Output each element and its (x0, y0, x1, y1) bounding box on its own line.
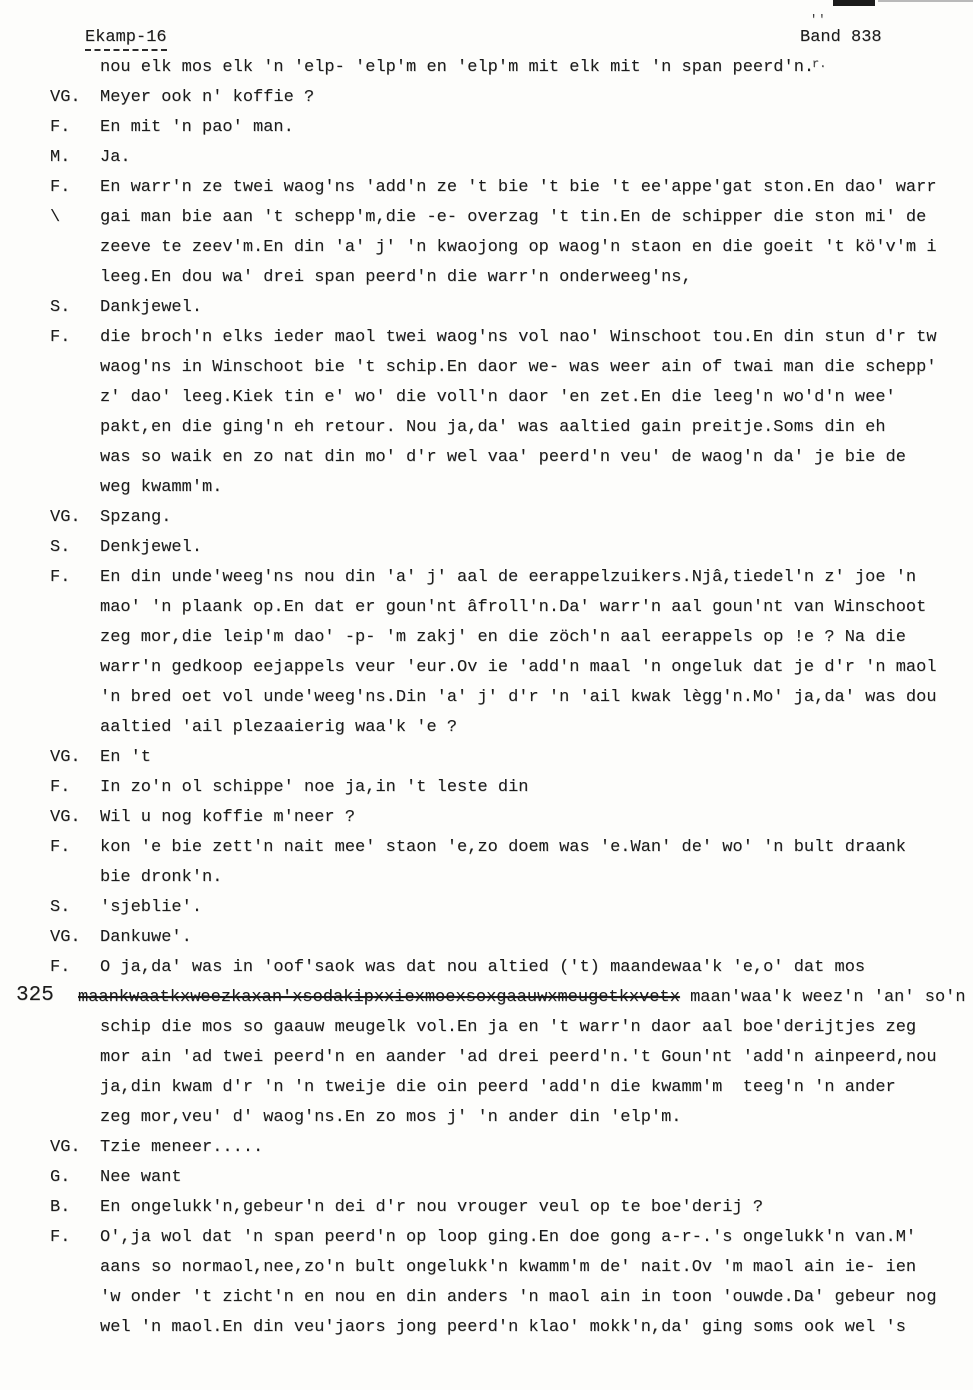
line-text: waog'ns in Winschoot bie 't schip.En dao… (100, 353, 973, 383)
speaker-label (50, 53, 100, 83)
transcript-line: mao' 'n plaank op.En dat er goun'nt âfro… (0, 593, 973, 623)
line-text: Ja. (100, 143, 973, 173)
transcript-line: warr'n gedkoop eejappels veur 'eur.Ov ie… (0, 653, 973, 683)
transcript-line: VG.Tzie meneer..... (0, 1133, 973, 1163)
speaker-label: F. (50, 953, 100, 983)
line-text: En mit 'n pao' man. (100, 113, 973, 143)
speaker-label: G. (50, 1163, 100, 1193)
line-text: Wil u nog koffie m'neer ? (100, 803, 973, 833)
transcript-line: aans so normaol,nee,zo'n bult ongelukk'n… (0, 1253, 973, 1283)
transcript-line: nou elk mos elk 'n 'elp- 'elp'm en 'elp'… (0, 53, 973, 83)
speaker-label: F. (50, 323, 100, 353)
speaker-label (50, 233, 100, 263)
transcript-line: VG.Dankuwe'. (0, 923, 973, 953)
line-text: zeeve te zeev'm.En din 'a' j' 'n kwaojon… (100, 233, 973, 263)
transcript-body: nou elk mos elk 'n 'elp- 'elp'm en 'elp'… (0, 53, 973, 1343)
transcript-line: aaltied 'ail plezaaierig waa'k 'e ? (0, 713, 973, 743)
transcript-line: F.kon 'e bie zett'n nait mee' staon 'e,z… (0, 833, 973, 863)
line-text: Denkjewel. (100, 533, 973, 563)
transcript-line: VG.En 't (0, 743, 973, 773)
line-text: O ja,da' was in 'oof'saok was dat nou al… (100, 953, 973, 983)
speaker-label (50, 1043, 100, 1073)
speaker-label (50, 1253, 100, 1283)
transcript-line: F.die broch'n elks ieder maol twei waog'… (0, 323, 973, 353)
line-text: die broch'n elks ieder maol twei waog'ns… (100, 323, 973, 353)
speaker-label (50, 1073, 100, 1103)
speaker-label (50, 593, 100, 623)
transcript-line: S.Dankjewel. (0, 293, 973, 323)
transcript-line: F.O',ja wol dat 'n span peerd'n op loop … (0, 1223, 973, 1253)
speaker-label: F. (50, 113, 100, 143)
speaker-label: S. (50, 893, 100, 923)
speaker-label: S. (50, 533, 100, 563)
line-text: Tzie meneer..... (100, 1133, 973, 1163)
line-text: Dankuwe'. (100, 923, 973, 953)
line-text: Meyer ook n' koffie ? (100, 83, 973, 113)
speaker-label: VG. (50, 923, 100, 953)
line-text: zeg mor,veu' d' waog'ns.En zo mos j' 'n … (100, 1103, 973, 1133)
line-text: nou elk mos elk 'n 'elp- 'elp'm en 'elp'… (100, 53, 973, 83)
line-text: aans so normaol,nee,zo'n bult ongelukk'n… (100, 1253, 973, 1283)
struck-out-text: maankwaatkxweezkaxan'xsodakipxxiexmoexso… (78, 988, 680, 1007)
line-text: leeg.En dou wa' drei span peerd'n die wa… (100, 263, 973, 293)
transcript-line: pakt,en die ging'n eh retour. Nou ja,da'… (0, 413, 973, 443)
line-text: ja,din kwam d'r 'n 'n tweije die oin pee… (100, 1073, 973, 1103)
page-title: Ekamp-16 (85, 28, 167, 51)
line-text: En warr'n ze twei waog'ns 'add'n ze 't b… (100, 173, 973, 203)
line-text: wel 'n maol.En din veu'jaors jong peerd'… (100, 1313, 973, 1343)
line-text: Nee want (100, 1163, 973, 1193)
line-text: gai man bie aan 't schepp'm,die -e- over… (100, 203, 973, 233)
transcript-line: was so waik en zo nat din mo' d'r wel va… (0, 443, 973, 473)
line-text: En ongelukk'n,gebeur'n dei d'r nou vroug… (100, 1193, 973, 1223)
speaker-label (50, 1013, 100, 1043)
line-text: Dankjewel. (100, 293, 973, 323)
line-text: En din unde'weeg'ns nou din 'a' j' aal d… (100, 563, 973, 593)
speaker-label: VG. (50, 503, 100, 533)
speaker-label: F. (50, 833, 100, 863)
transcript-line: ja,din kwam d'r 'n 'n tweije die oin pee… (0, 1073, 973, 1103)
transcript-line: F.In zo'n ol schippe' noe ja,in 't leste… (0, 773, 973, 803)
speaker-label: F. (50, 773, 100, 803)
transcript-line: F.O ja,da' was in 'oof'saok was dat nou … (0, 953, 973, 983)
speaker-label: F. (50, 563, 100, 593)
pencil-annotation-above: '' (810, 13, 826, 27)
transcript-line: 'w onder 't zicht'n en nou en din anders… (0, 1283, 973, 1313)
speaker-label: VG. (50, 1133, 100, 1163)
line-text: zeg mor,die leip'm dao' -p- 'm zakj' en … (100, 623, 973, 653)
transcript-line: S.Denkjewel. (0, 533, 973, 563)
line-text: O',ja wol dat 'n span peerd'n op loop gi… (100, 1223, 973, 1253)
speaker-label (50, 413, 100, 443)
transcript-line: B.En ongelukk'n,gebeur'n dei d'r nou vro… (0, 1193, 973, 1223)
transcript-line: leeg.En dou wa' drei span peerd'n die wa… (0, 263, 973, 293)
line-text: z' dao' leeg.Kiek tin e' wo' die voll'n … (100, 383, 973, 413)
line-text: weg kwamm'm. (100, 473, 973, 503)
transcript-line: waog'ns in Winschoot bie 't schip.En dao… (0, 353, 973, 383)
line-text: mao' 'n plaank op.En dat er goun'nt âfro… (100, 593, 973, 623)
line-text: bie dronk'n. (100, 863, 973, 893)
transcript-line: wel 'n maol.En din veu'jaors jong peerd'… (0, 1313, 973, 1343)
speaker-label: M. (50, 143, 100, 173)
speaker-label (50, 383, 100, 413)
speaker-label: VG. (50, 803, 100, 833)
speaker-label (50, 473, 100, 503)
transcript-line: VG.Wil u nog koffie m'neer ? (0, 803, 973, 833)
line-text: Spzang. (100, 503, 973, 533)
line-text: warr'n gedkoop eejappels veur 'eur.Ov ie… (100, 653, 973, 683)
line-text: 'w onder 't zicht'n en nou en din anders… (100, 1283, 973, 1313)
speaker-label (50, 713, 100, 743)
transcript-line: zeg mor,die leip'm dao' -p- 'm zakj' en … (0, 623, 973, 653)
transcript-line: \gai man bie aan 't schepp'm,die -e- ove… (0, 203, 973, 233)
line-text: aaltied 'ail plezaaierig waa'k 'e ? (100, 713, 973, 743)
speaker-label: F. (50, 173, 100, 203)
line-text: En 't (100, 743, 973, 773)
transcript-line: F.En din unde'weeg'ns nou din 'a' j' aal… (0, 563, 973, 593)
speaker-label: S. (50, 293, 100, 323)
line-text: mor ain 'ad twei peerd'n en aander 'ad d… (100, 1043, 973, 1073)
line-text: 'n bred oet vol unde'weeg'ns.Din 'a' j' … (100, 683, 973, 713)
speaker-label (50, 263, 100, 293)
line-text: maankwaatkxweezkaxan'xsodakipxxiexmoexso… (78, 983, 973, 1013)
speaker-label (50, 1283, 100, 1313)
line-text: was so waik en zo nat din mo' d'r wel va… (100, 443, 973, 473)
document-page: Ekamp-16 Band 838 '' r. 325 nou elk mos … (0, 0, 973, 1390)
speaker-label (50, 443, 100, 473)
scan-artifact (878, 0, 973, 2)
speaker-label (50, 623, 100, 653)
scan-artifact (833, 0, 875, 6)
speaker-label: VG. (50, 743, 100, 773)
transcript-line: zeg mor,veu' d' waog'ns.En zo mos j' 'n … (0, 1103, 973, 1133)
speaker-label (50, 683, 100, 713)
transcript-line: z' dao' leeg.Kiek tin e' wo' die voll'n … (0, 383, 973, 413)
transcript-line: schip die mos so gaauw meugelk vol.En ja… (0, 1013, 973, 1043)
speaker-label (50, 353, 100, 383)
transcript-line: 'n bred oet vol unde'weeg'ns.Din 'a' j' … (0, 683, 973, 713)
band-number: Band 838 (800, 28, 882, 47)
speaker-label (50, 1103, 100, 1133)
transcript-line: bie dronk'n. (0, 863, 973, 893)
transcript-line: mor ain 'ad twei peerd'n en aander 'ad d… (0, 1043, 973, 1073)
speaker-label (50, 863, 100, 893)
line-text: schip die mos so gaauw meugelk vol.En ja… (100, 1013, 973, 1043)
line-text: 'sjeblie'. (100, 893, 973, 923)
speaker-label (50, 653, 100, 683)
speaker-label: VG. (50, 83, 100, 113)
line-text: In zo'n ol schippe' noe ja,in 't leste d… (100, 773, 973, 803)
transcript-line: zeeve te zeev'm.En din 'a' j' 'n kwaojon… (0, 233, 973, 263)
speaker-label: \ (50, 203, 100, 233)
speaker-label: B. (50, 1193, 100, 1223)
line-text-after-strike: maan'waa'k weez'n 'an' so'n (680, 988, 966, 1007)
transcript-line: F.En mit 'n pao' man. (0, 113, 973, 143)
transcript-line: G.Nee want (0, 1163, 973, 1193)
speaker-label (50, 1313, 100, 1343)
transcript-line: S.'sjeblie'. (0, 893, 973, 923)
line-text: kon 'e bie zett'n nait mee' staon 'e,zo … (100, 833, 973, 863)
transcript-line: weg kwamm'm. (0, 473, 973, 503)
transcript-line: F.En warr'n ze twei waog'ns 'add'n ze 't… (0, 173, 973, 203)
line-text: pakt,en die ging'n eh retour. Nou ja,da'… (100, 413, 973, 443)
transcript-line: VG.Spzang. (0, 503, 973, 533)
transcript-line: M.Ja. (0, 143, 973, 173)
transcript-line: VG.Meyer ook n' koffie ? (0, 83, 973, 113)
speaker-label: F. (50, 1223, 100, 1253)
transcript-line: maankwaatkxweezkaxan'xsodakipxxiexmoexso… (0, 983, 973, 1013)
